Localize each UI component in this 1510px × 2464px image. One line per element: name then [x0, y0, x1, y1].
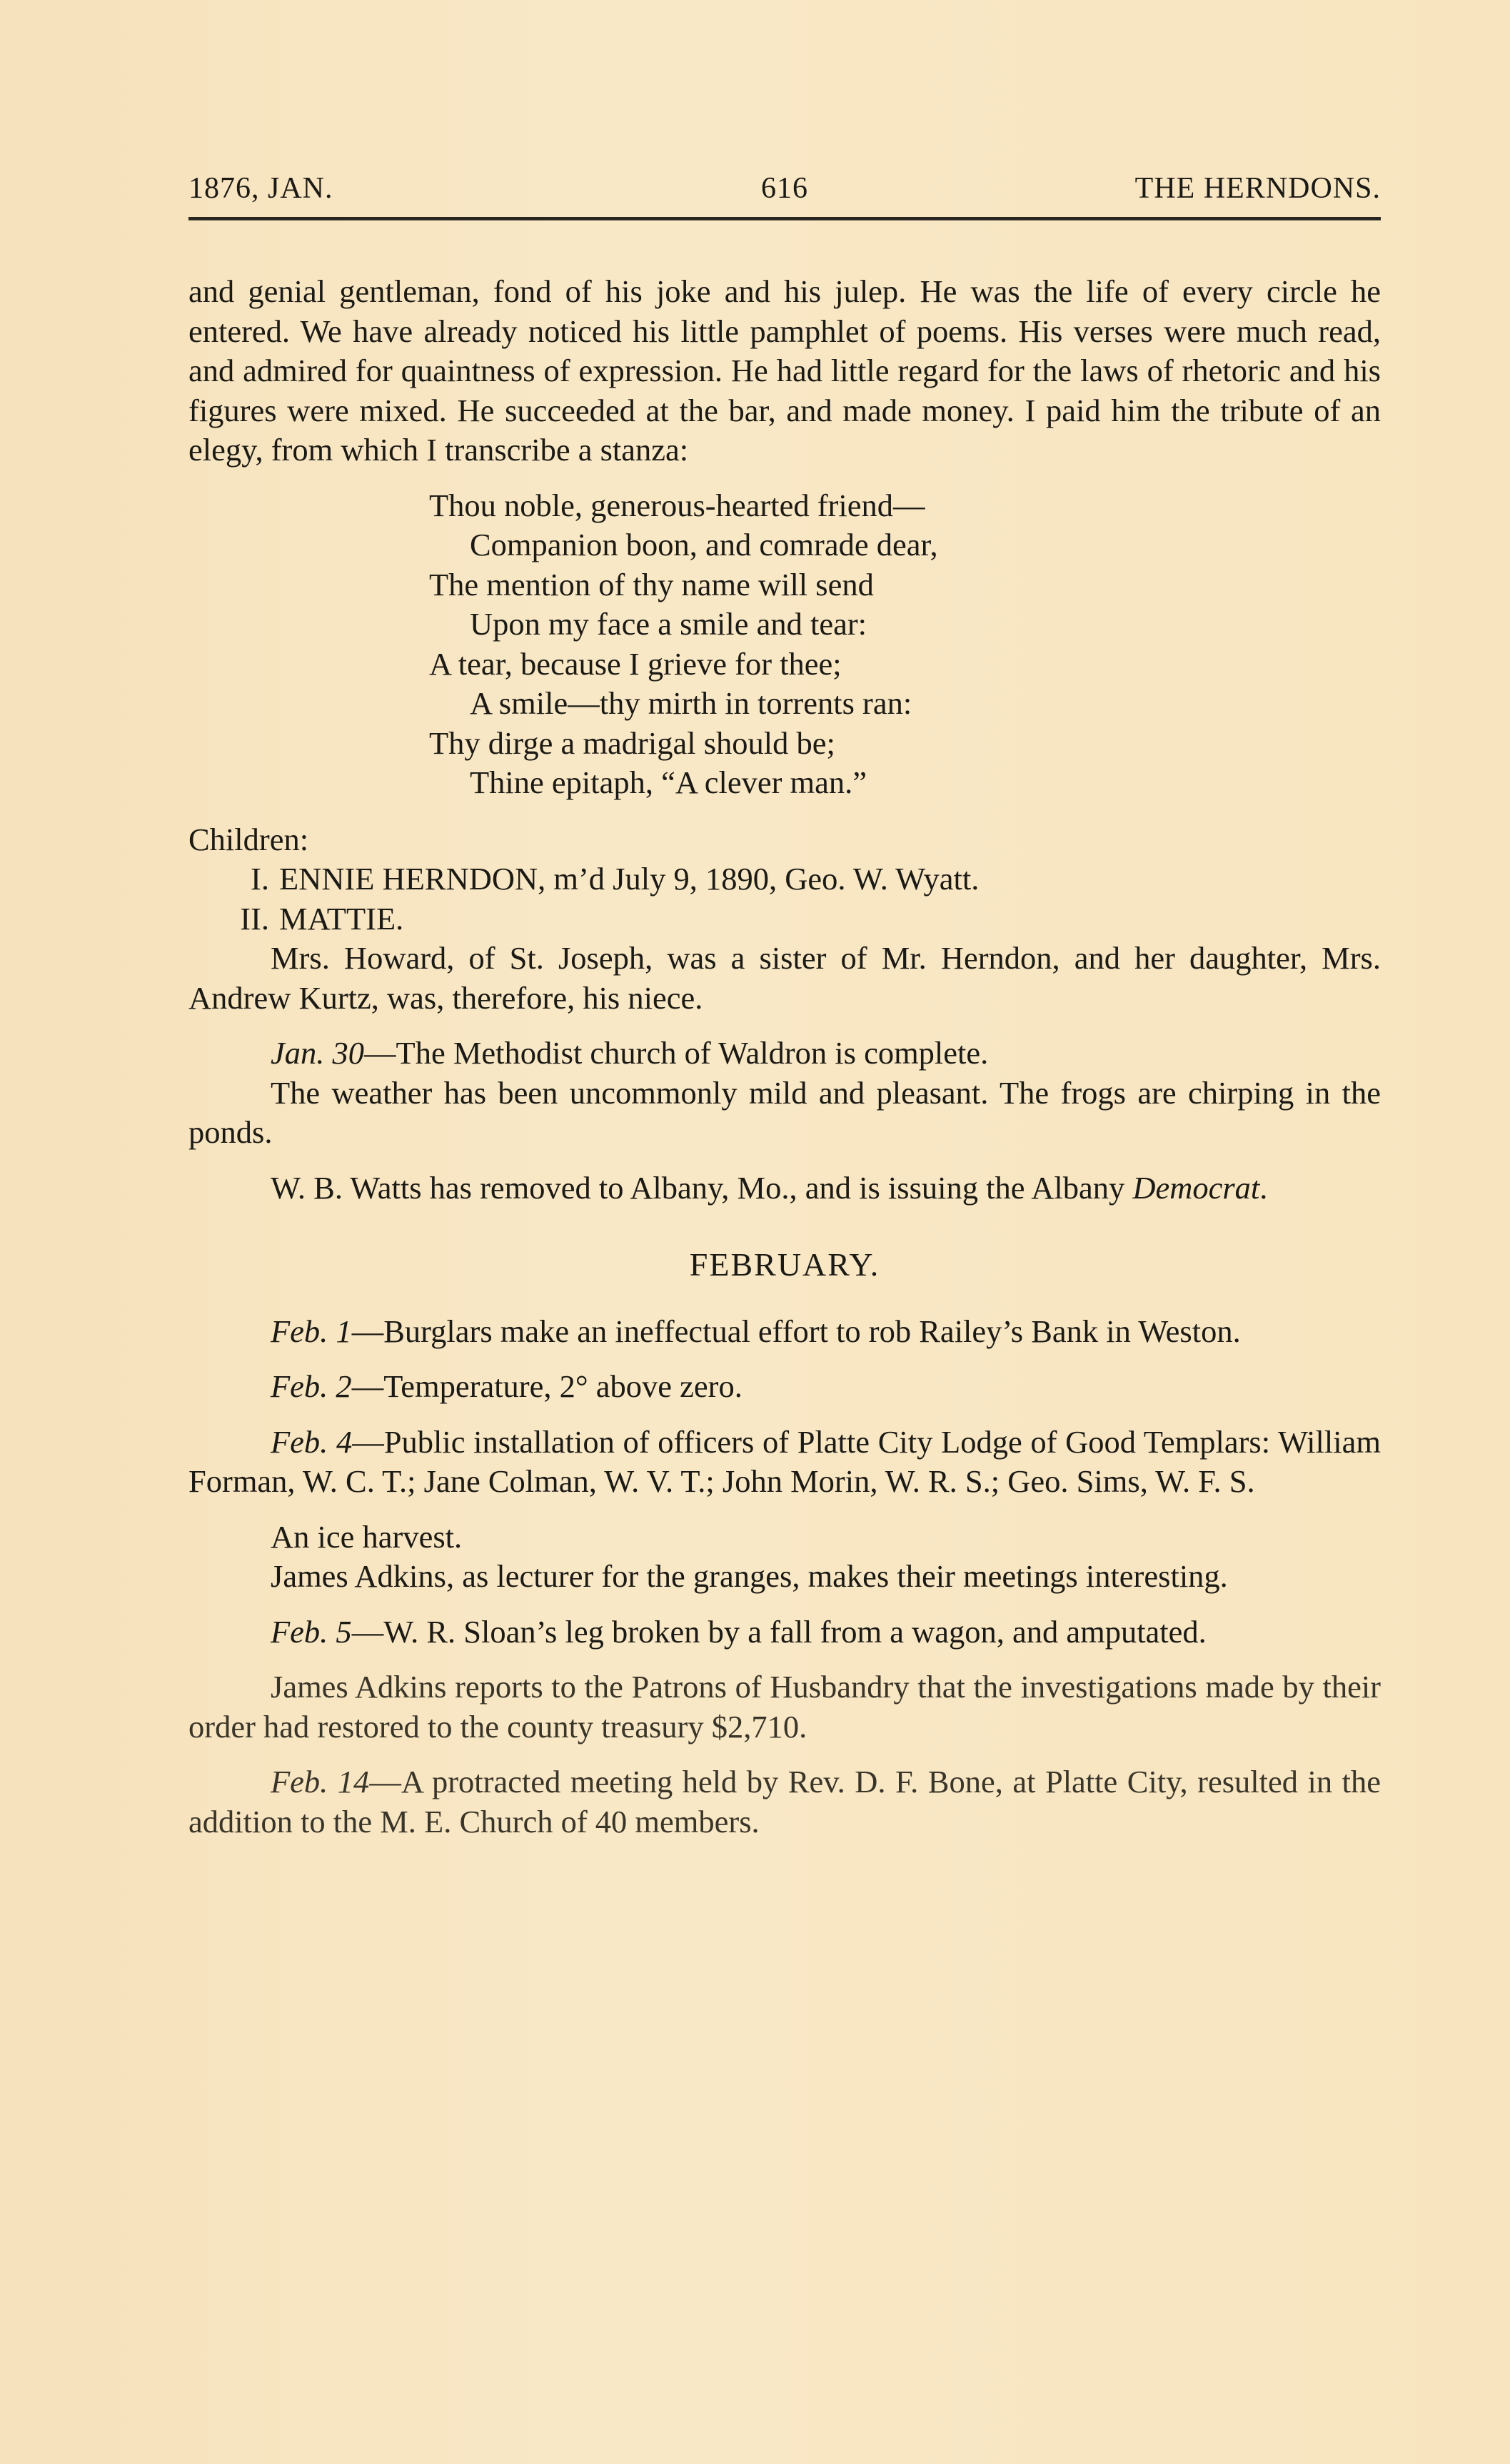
paragraph-watts: W. B. Watts has removed to Albany, Mo., …: [188, 1168, 1381, 1208]
children-label: Children:: [188, 820, 1381, 860]
poem-line: The mention of thy name will send: [429, 565, 1381, 605]
entry-ice-harvest: An ice harvest.: [188, 1518, 1381, 1557]
entry-text-end: .: [1259, 1170, 1267, 1206]
poem-line: Companion boon, and comrade dear,: [429, 525, 1381, 565]
poem-line: Thou noble, generous-hearted friend—: [429, 486, 1381, 526]
entry-text: —W. R. Sloan’s leg broken by a fall from…: [352, 1614, 1207, 1650]
newspaper-name: Democrat: [1132, 1170, 1259, 1206]
entry-text: —The Methodist church of Waldron is comp…: [364, 1035, 988, 1071]
header-rule: [188, 217, 1381, 221]
child-numeral: I.: [221, 859, 279, 899]
running-head: 1876, JAN. 616 THE HERNDONS.: [188, 171, 1381, 211]
entry-adkins-report: James Adkins reports to the Patrons of H…: [188, 1667, 1381, 1747]
entry-feb-14: Feb. 14—A protracted meeting held by Rev…: [188, 1762, 1381, 1842]
entry-text: W. B. Watts has removed to Albany, Mo., …: [271, 1170, 1132, 1206]
paragraph-weather: The weather has been uncommonly mild and…: [188, 1074, 1381, 1153]
entry-date: Jan. 30: [271, 1035, 364, 1071]
entry-adkins-lecturer: James Adkins, as lecturer for the grange…: [188, 1557, 1381, 1597]
page-number: 616: [761, 171, 808, 206]
intro-paragraph: and genial gentleman, fond of his joke a…: [188, 272, 1381, 470]
entry-feb-4: Feb. 4—Public installation of officers o…: [188, 1423, 1381, 1502]
entry-text: —Public installation of officers of Plat…: [188, 1424, 1381, 1500]
entry-date: Feb. 2: [271, 1368, 352, 1404]
running-head-title: THE HERNDONS.: [1135, 171, 1381, 206]
entry-date: Feb. 14: [271, 1764, 369, 1799]
elegy-stanza: Thou noble, generous-hearted friend— Com…: [429, 486, 1381, 803]
paragraph-howard: Mrs. Howard, of St. Joseph, was a sister…: [188, 939, 1381, 1018]
entry-date: Feb. 4: [271, 1424, 352, 1460]
entry-feb-1: Feb. 1—Burglars make an ineffectual effo…: [188, 1312, 1381, 1352]
entry-jan-30: Jan. 30—The Methodist church of Waldron …: [188, 1034, 1381, 1074]
entry-text: —Temperature, 2° above zero.: [352, 1368, 743, 1404]
poem-line: Thine epitaph, “A clever man.”: [429, 763, 1381, 803]
entry-text: —Burglars make an ineffectual effort to …: [352, 1313, 1241, 1349]
page-body: and genial gentleman, fond of his joke a…: [188, 272, 1381, 1842]
child-entry: I. ENNIE HERNDON, m’d July 9, 1890, Geo.…: [188, 859, 1381, 899]
child-text: ENNIE HERNDON, m’d July 9, 1890, Geo. W.…: [279, 859, 979, 899]
child-text: MATTIE.: [279, 899, 403, 939]
running-head-date: 1876, JAN.: [188, 171, 333, 206]
child-numeral: II.: [221, 899, 279, 939]
entry-feb-5: Feb. 5—W. R. Sloan’s leg broken by a fal…: [188, 1612, 1381, 1652]
entry-date: Feb. 5: [271, 1614, 352, 1650]
poem-line: A smile—thy mirth in torrents ran:: [429, 684, 1381, 724]
entry-feb-2: Feb. 2—Temperature, 2° above zero.: [188, 1367, 1381, 1407]
book-page: 1876, JAN. 616 THE HERNDONS. and genial …: [188, 171, 1381, 1842]
entry-date: Feb. 1: [271, 1313, 352, 1349]
poem-line: A tear, because I grieve for thee;: [429, 645, 1381, 685]
poem-line: Upon my face a smile and tear:: [429, 605, 1381, 645]
poem-line: Thy dirge a madrigal should be;: [429, 724, 1381, 764]
child-entry: II. MATTIE.: [188, 899, 1381, 939]
section-heading: FEBRUARY.: [188, 1245, 1381, 1285]
